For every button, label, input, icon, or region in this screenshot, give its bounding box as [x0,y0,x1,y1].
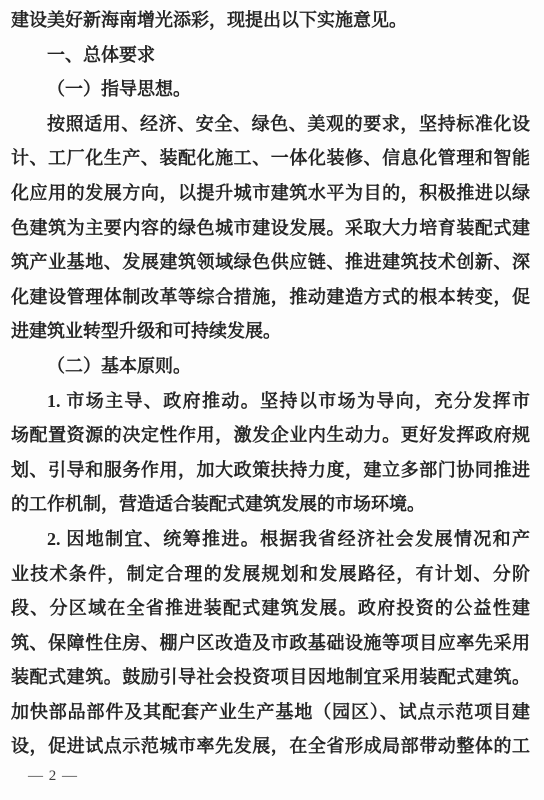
text-line: 建设美好新海南增光添彩，现提出以下实施意见。 [11,3,530,38]
document-text-block: 建设美好新海南增光添彩，现提出以下实施意见。一、总体要求（一）指导思想。按照适用… [11,3,530,764]
text-line: 进建筑业转型升级和可持续发展。 [11,314,530,349]
text-line: 1. 市场主导、政府推动。坚持以市场为导向，充分发挥市 [11,384,530,419]
text-line: 的工作机制，营造适合装配式建筑发展的市场环境。 [11,487,530,522]
text-line: 筑、保障性住房、棚户区改造及市政基础设施等项目应率先采用 [11,626,530,661]
text-line: （二）基本原则。 [11,349,530,384]
text-line: 一、总体要求 [11,38,530,73]
page-number: — 2 — [28,762,78,790]
text-line: 化建设管理体制改革等综合措施，推动建造方式的根本转变，促 [11,280,530,315]
text-line: 计、工厂化生产、装配化施工、一体化装修、信息化管理和智能 [11,141,530,176]
text-line: 加快部品部件及其配套产业生产基地（园区）、试点示范项目建 [11,695,530,730]
document-page: 建设美好新海南增光添彩，现提出以下实施意见。一、总体要求（一）指导思想。按照适用… [0,0,544,800]
text-line: 按照适用、经济、安全、绿色、美观的要求，坚持标准化设 [11,107,530,142]
text-line: （一）指导思想。 [11,72,530,107]
text-line: 划、引导和服务作用，加大政策扶持力度，建立多部门协同推进 [11,453,530,488]
text-line: 装配式建筑。鼓励引导社会投资项目因地制宜采用装配式建筑。 [11,660,530,695]
text-line: 设，促进试点示范城市率先发展，在全省形成局部带动整体的工 [11,729,530,764]
text-line: 筑产业基地、发展建筑领域绿色供应链、推进建筑技术创新、深 [11,245,530,280]
text-line: 2. 因地制宜、统筹推进。根据我省经济社会发展情况和产 [11,522,530,557]
text-line: 化应用的发展方向，以提升城市建筑水平为目的，积极推进以绿 [11,176,530,211]
text-line: 色建筑为主要内容的绿色城市建设发展。采取大力培育装配式建 [11,211,530,246]
text-line: 场配置资源的决定性作用，激发企业内生动力。更好发挥政府规 [11,418,530,453]
text-line: 业技术条件，制定合理的发展规划和发展路径，有计划、分阶 [11,557,530,592]
text-line: 段、分区域在全省推进装配式建筑发展。政府投资的公益性建 [11,591,530,626]
